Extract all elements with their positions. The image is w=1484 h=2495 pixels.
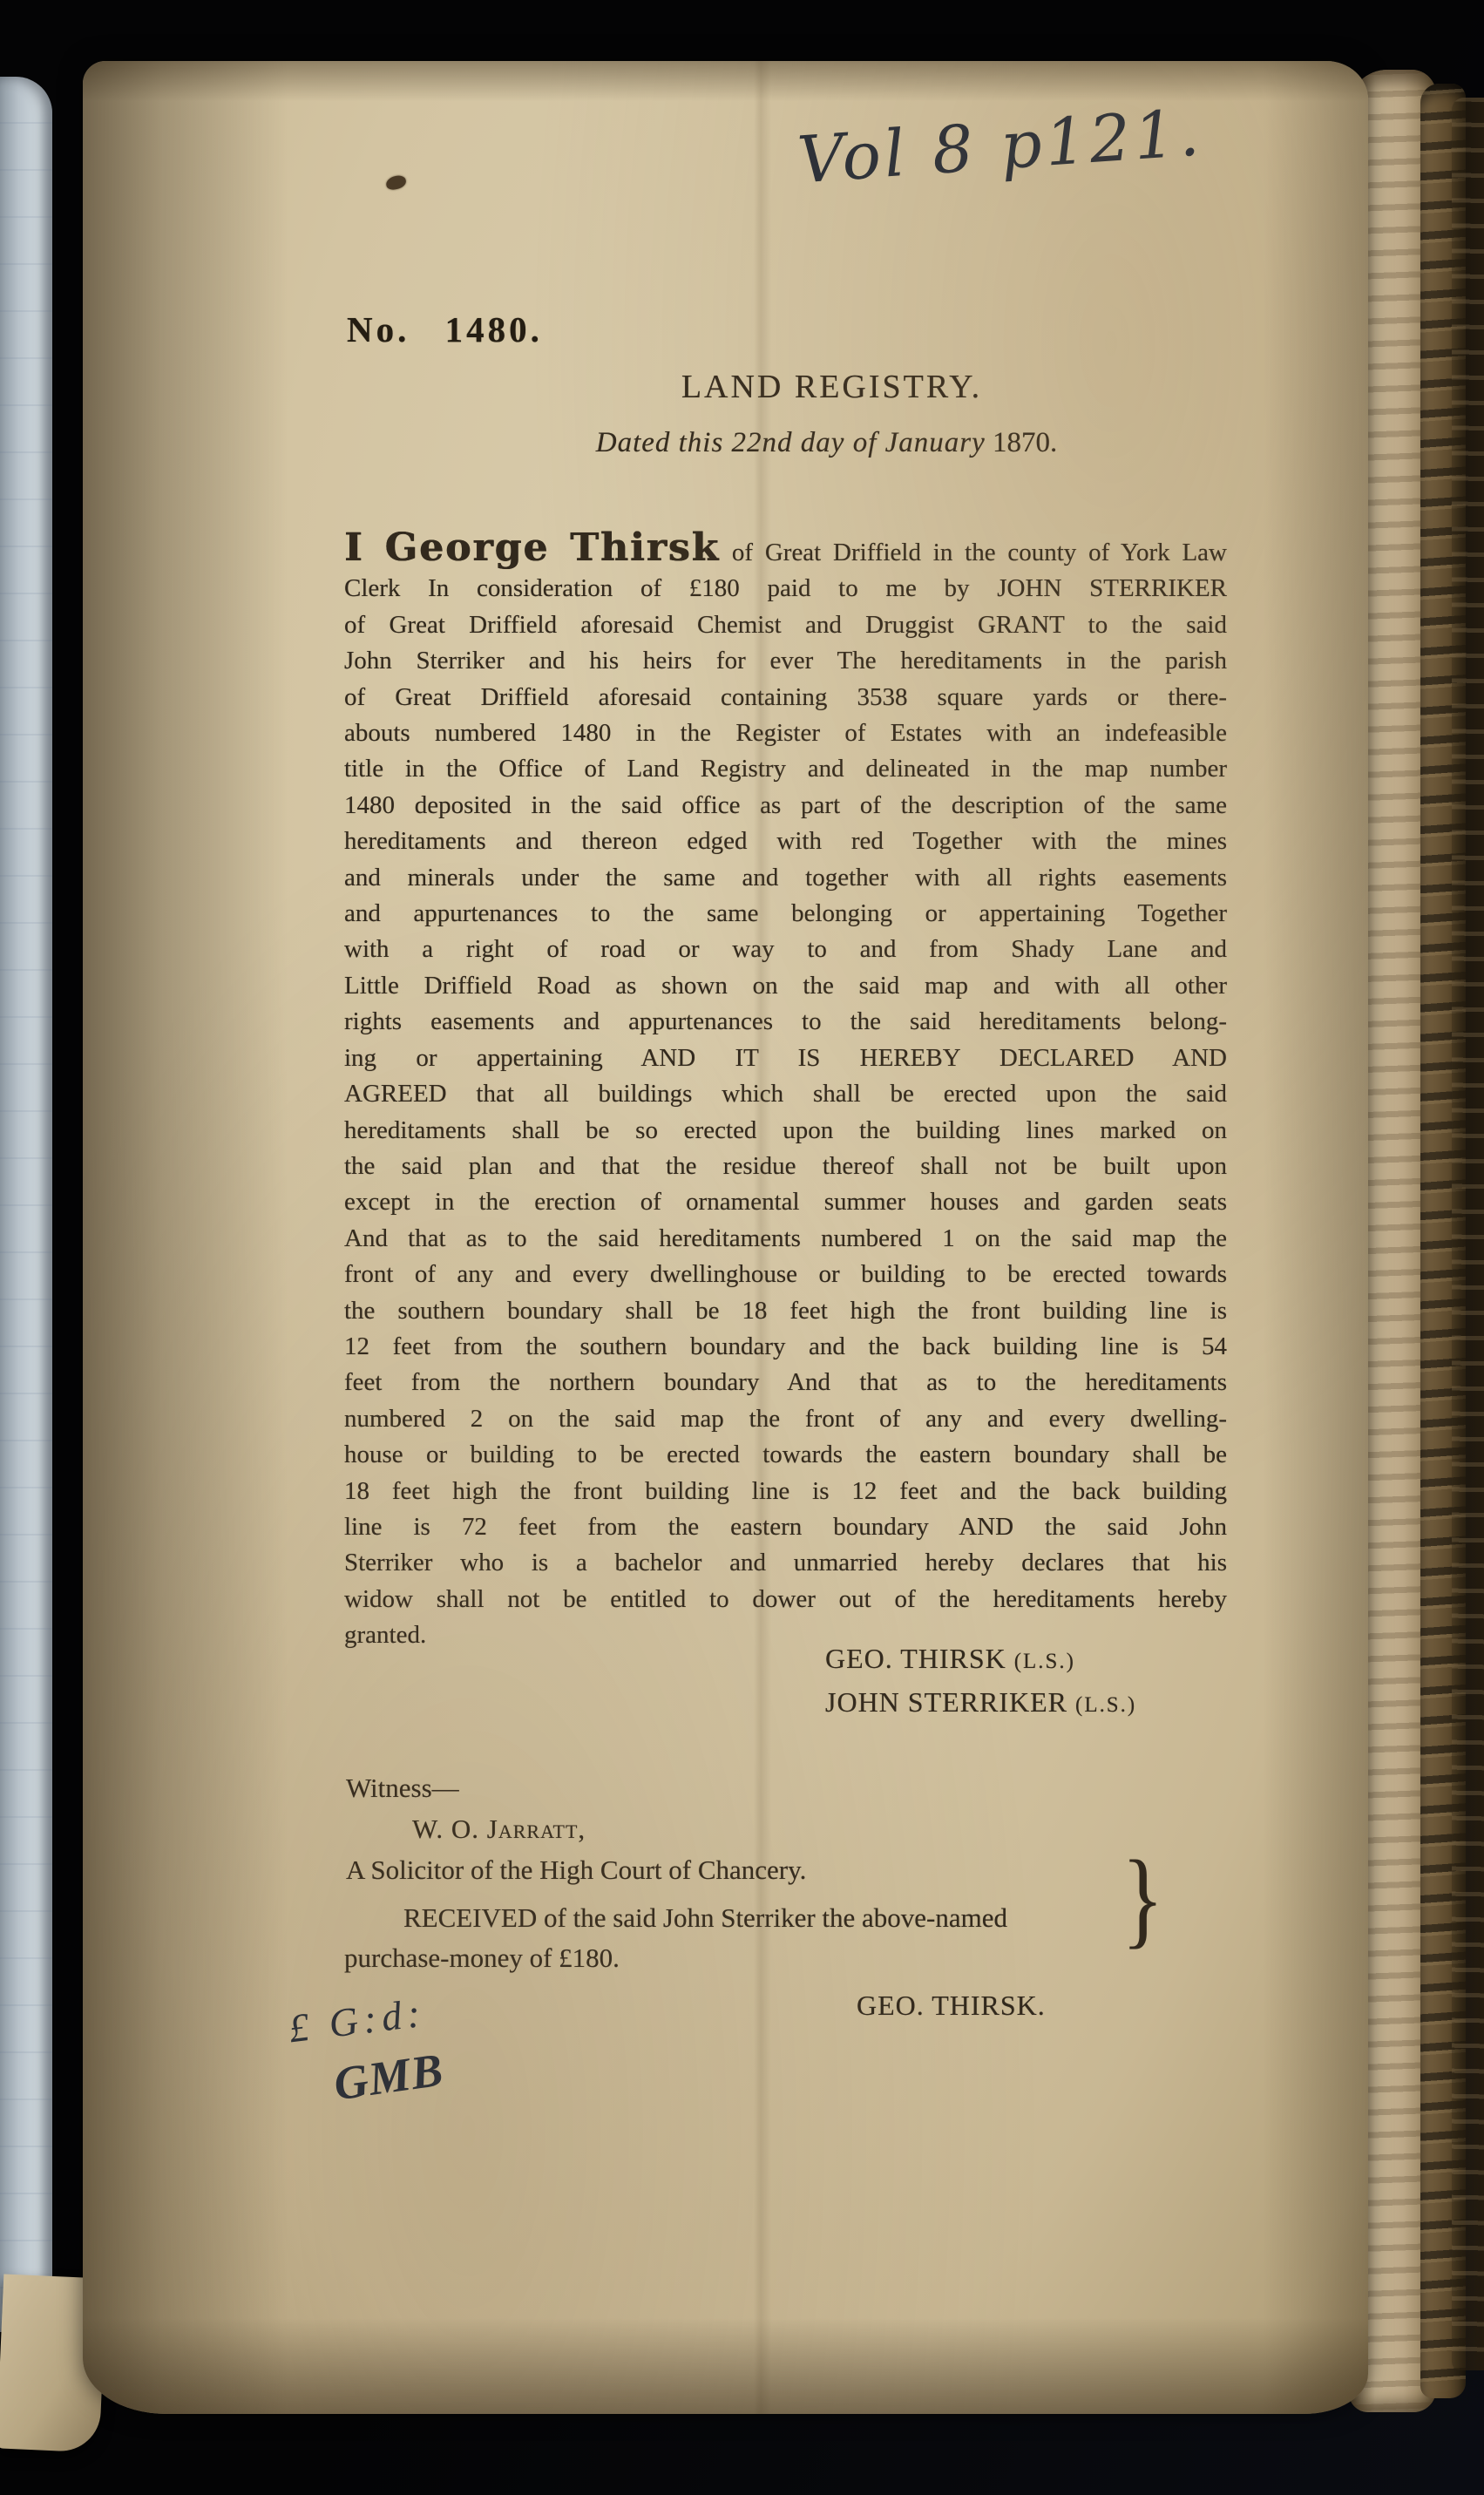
body-line-opening: I George Thirsk of Great Driffield in th…: [344, 530, 1227, 571]
body-line: feet from the northern boundary And that…: [344, 1365, 1227, 1400]
body-line: house or building to be erected towards …: [344, 1437, 1227, 1473]
body-line: Sterriker who is a bachelor and unmarrie…: [344, 1545, 1227, 1581]
body-line: of Great Driffield aforesaid Chemist and…: [344, 607, 1227, 643]
body-line: AGREED that all buildings which shall be…: [344, 1076, 1227, 1112]
deed-page: Vol 8 p121. No. 1480. LAND REGISTRY. Dat…: [83, 61, 1368, 2414]
body-line: of Great Driffield aforesaid containing …: [344, 680, 1227, 715]
body-line: the southern boundary shall be 18 feet h…: [344, 1293, 1227, 1329]
receipt-line-1: RECEIVED of the said John Sterriker the …: [403, 1898, 1303, 1938]
body-line: and minerals under the same and together…: [344, 860, 1227, 896]
body-line: John Sterriker and his heirs for ever Th…: [344, 643, 1227, 679]
body-line: And that as to the said hereditaments nu…: [344, 1221, 1227, 1257]
deed-number: No. 1480.: [347, 308, 543, 350]
body-line: Little Driffield Road as shown on the sa…: [344, 968, 1227, 1004]
body-line: 1480 deposited in the said office as par…: [344, 788, 1227, 824]
body-line: with a right of road or way to and from …: [344, 932, 1227, 967]
ink-blot: [385, 174, 408, 191]
signature-block: GEO. THIRSK (L.S.)JOHN STERRIKER (L.S.): [825, 1638, 1136, 1725]
photo-background: Vol 8 p121. No. 1480. LAND REGISTRY. Dat…: [0, 0, 1484, 2495]
ruled-lines: [0, 77, 52, 2332]
volume-annotation: Vol 8 p121.: [796, 95, 1287, 193]
body-lines: Clerk In consideration of £180 paid to m…: [344, 571, 1227, 1653]
body-line: hereditaments and thereon edged with red…: [344, 824, 1227, 859]
body-line: 12 feet from the southern boundary and t…: [344, 1329, 1227, 1365]
handwritten-annotation: £ G:d:: [286, 1990, 428, 2052]
receipt-block: RECEIVED of the said John Sterriker the …: [344, 1898, 1303, 2025]
body-line: ing or appertaining AND IT IS HEREBY DEC…: [344, 1041, 1227, 1076]
witness-name: W. O. Jarratt,: [412, 1808, 806, 1849]
body-line: hereditaments shall be so erected upon t…: [344, 1113, 1227, 1149]
body-line: numbered 2 on the said map the front of …: [344, 1401, 1227, 1437]
witness-block: Witness— W. O. Jarratt, A Solicitor of t…: [346, 1767, 806, 1890]
body-line: abouts numbered 1480 in the Register of …: [344, 715, 1227, 751]
body-line: the said plan and that the residue there…: [344, 1149, 1227, 1184]
receipt-signature: GEO. THIRSK.: [857, 1985, 1303, 2025]
seal-notation: (L.S.): [1075, 1693, 1136, 1717]
opening-line-rest: of Great Driffield in the county of York…: [720, 539, 1227, 566]
signature-line: GEO. THIRSK (L.S.): [825, 1638, 1136, 1682]
date-text: Dated this 22nd day of January: [596, 427, 986, 458]
date-year: 1870.: [993, 427, 1057, 458]
torn-page-edge-layer: [1452, 98, 1484, 2370]
grantor-name-gothic: I George Thirsk: [344, 525, 720, 570]
handwritten-initials: GMB: [330, 2043, 446, 2112]
deed-title: LAND REGISTRY.: [390, 368, 1274, 406]
paper-flakes: [1452, 98, 1484, 2370]
previous-page-edge: [0, 77, 52, 2332]
body-line: 18 feet high the front building line is …: [344, 1474, 1227, 1509]
witness-title: A Solicitor of the High Court of Chancer…: [346, 1849, 806, 1890]
body-line: widow shall not be entitled to dower out…: [344, 1582, 1227, 1617]
body-line: and appurtenances to the same belonging …: [344, 896, 1227, 932]
seal-notation: (L.S.): [1014, 1650, 1075, 1673]
witness-label: Witness—: [346, 1767, 806, 1808]
deed-body-text: I George Thirsk of Great Driffield in th…: [344, 530, 1227, 1654]
date-line: Dated this 22nd day of January 1870.: [384, 427, 1269, 459]
signatory-name: JOHN STERRIKER: [825, 1686, 1075, 1718]
receipt-brace: }: [1121, 1878, 1163, 1920]
body-line: Clerk In consideration of £180 paid to m…: [344, 571, 1227, 607]
signatory-name: GEO. THIRSK: [825, 1643, 1014, 1674]
body-line: title in the Office of Land Registry and…: [344, 751, 1227, 787]
signature-line: JOHN STERRIKER (L.S.): [825, 1682, 1136, 1725]
body-line: except in the erection of ornamental sum…: [344, 1184, 1227, 1220]
body-line: rights easements and appurtenances to th…: [344, 1004, 1227, 1040]
body-line: front of any and every dwellinghouse or …: [344, 1257, 1227, 1292]
body-line: line is 72 feet from the eastern boundar…: [344, 1509, 1227, 1545]
